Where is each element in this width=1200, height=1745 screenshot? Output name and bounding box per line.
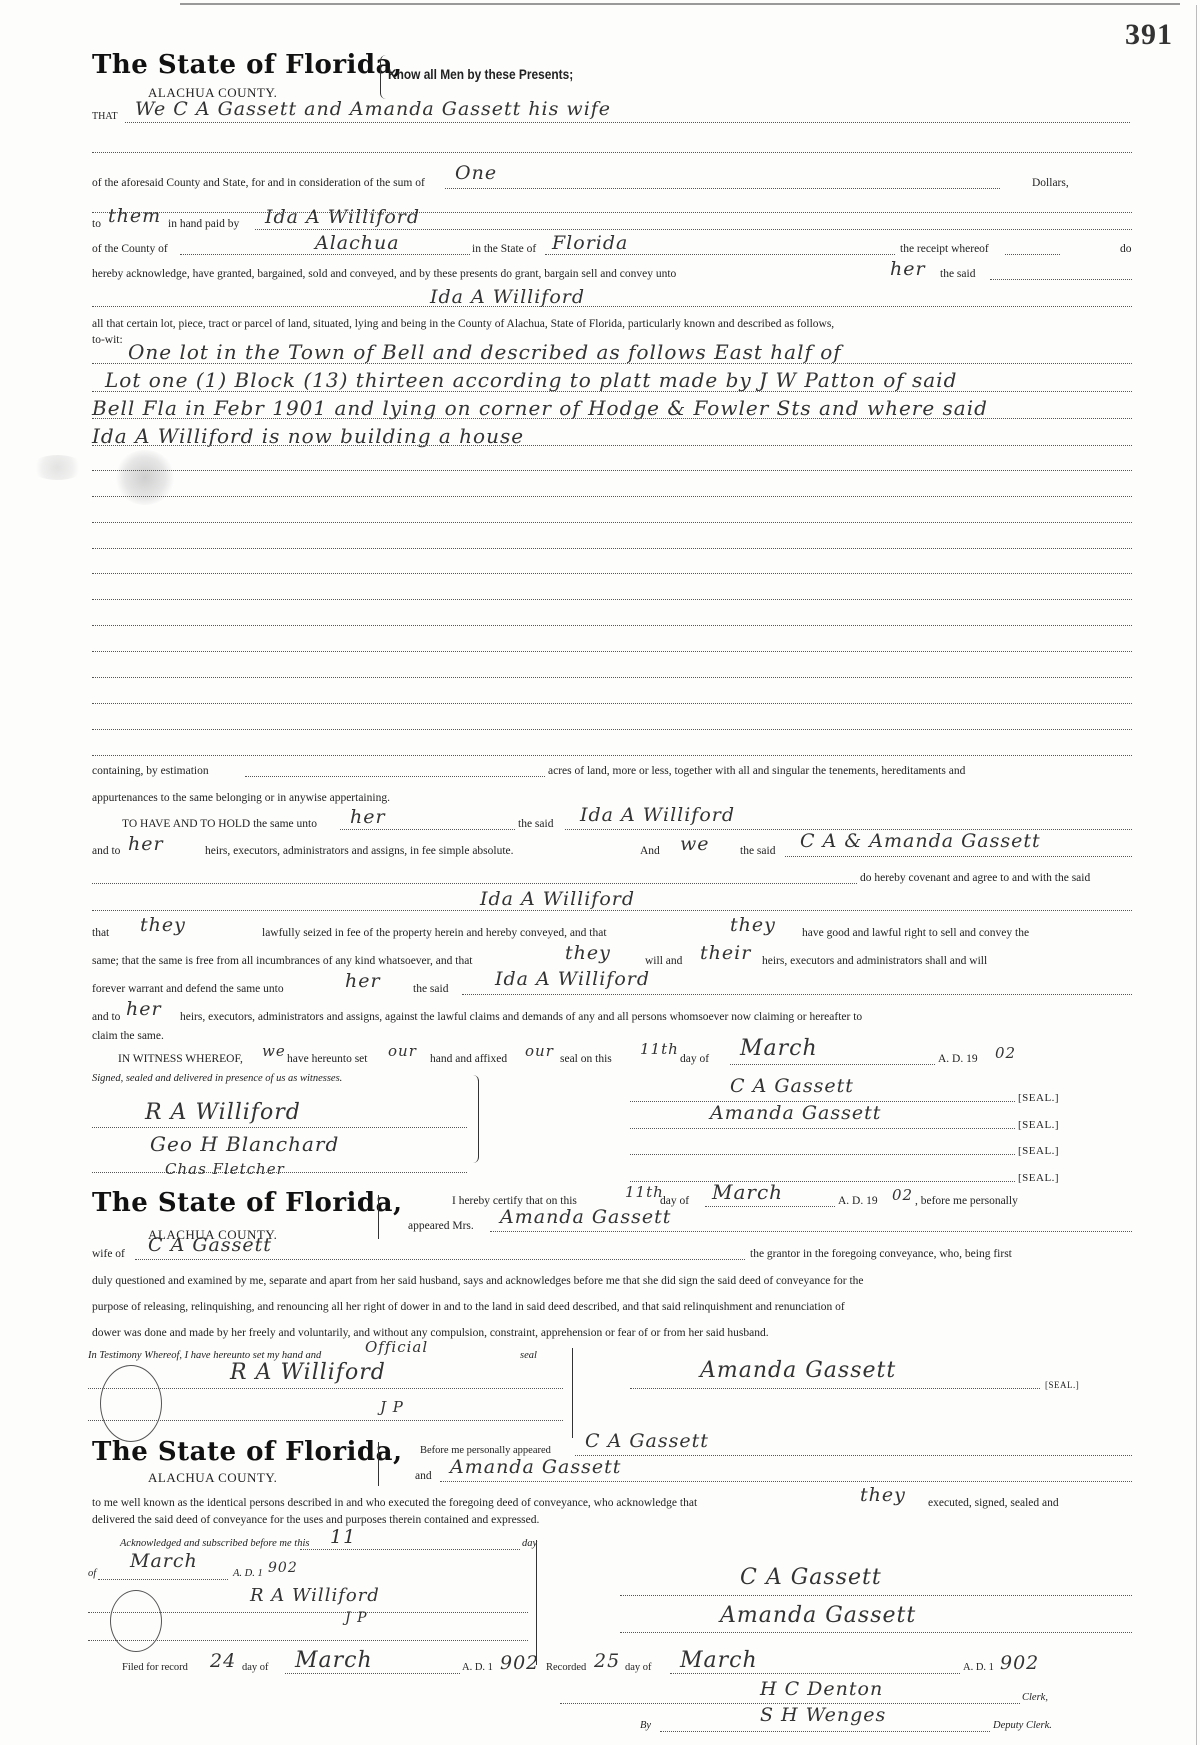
subscribed-day: 11	[330, 1526, 356, 1548]
covenant-her: her	[126, 998, 162, 1020]
receipt-label: the receipt whereof	[900, 243, 989, 255]
deputy-label: Deputy Clerk.	[993, 1720, 1052, 1731]
blank-line	[92, 910, 1132, 911]
ack-body: duly questioned and examined by me, sepa…	[92, 1275, 864, 1287]
deputy-signature: S H Wenges	[760, 1704, 886, 1726]
joint-body: delivered the said deed of conveyance fo…	[92, 1514, 539, 1526]
blank-line	[92, 599, 1132, 600]
and-to-label: and to	[92, 1011, 120, 1023]
before-text: , before me personally	[915, 1195, 1018, 1207]
blank-line	[92, 548, 1132, 549]
blank-line	[92, 573, 1132, 574]
subscribed-text: Acknowledged and subscribed before me th…	[120, 1538, 309, 1549]
joint-they: they	[860, 1484, 906, 1506]
blank-line	[92, 470, 1132, 471]
ack-body: purpose of releasing, relinquishing, and…	[92, 1301, 845, 1313]
covenant-text: do hereby covenant and agree to and with…	[860, 872, 1090, 884]
to-label: to	[92, 218, 101, 230]
covenant-their: their	[700, 942, 751, 964]
blank-line	[92, 306, 1132, 307]
blank-line	[92, 522, 1132, 523]
incumbrance-text: same; that the same is free from all inc…	[92, 955, 473, 967]
blank-line	[990, 279, 1132, 280]
grantee-handwriting: Ida A Williford	[430, 286, 585, 308]
seal-label: [SEAL.]	[1018, 1172, 1059, 1184]
heirs-text: heirs, executors and administrators shal…	[762, 955, 987, 967]
filed-label: Filed for record	[122, 1662, 188, 1673]
blank-line	[545, 254, 895, 255]
day-of-label: day of	[680, 1053, 709, 1065]
description-line: Lot one (1) Block (13) thirteen accordin…	[105, 368, 957, 392]
and-to-label: and to	[92, 845, 120, 857]
warrant-text: forever warrant and defend the same unto	[92, 983, 284, 995]
signed-note: Signed, sealed and delivered in presence…	[92, 1073, 342, 1084]
officer-line	[88, 1420, 563, 1421]
appeared-name: C A Gassett	[585, 1430, 709, 1452]
that-label: THAT	[92, 111, 118, 122]
brace	[530, 1540, 537, 1665]
know-all-men: Know all Men by these Presents;	[388, 66, 573, 82]
parcel-intro: all that certain lot, piece, tract or pa…	[92, 318, 834, 330]
and-label: And	[640, 845, 660, 857]
blank-line	[125, 122, 1130, 123]
description-line: Bell Fla in Febr 1901 and lying on corne…	[92, 396, 988, 420]
blank-line	[245, 776, 545, 777]
state-heading: The State of Florida,	[92, 50, 403, 80]
said-label: the said	[940, 268, 975, 280]
witness-our: our	[388, 1042, 417, 1060]
subscribed-year: 902	[268, 1560, 298, 1576]
grantor-text: the grantor in the foregoing conveyance,…	[750, 1248, 1012, 1260]
acres-suffix: acres of land, more or less, together wi…	[548, 765, 965, 777]
joint-body-end: executed, signed, sealed and	[928, 1497, 1059, 1509]
seal-label: [SEAL.]	[1045, 1380, 1079, 1390]
blank-line	[92, 651, 1132, 652]
of-label: of	[88, 1568, 96, 1579]
witness-signature: R A Williford	[145, 1100, 301, 1125]
in-hand-label: in hand paid by	[168, 218, 239, 230]
appeared-name: Amanda Gassett	[500, 1206, 671, 1228]
witness-prefix: IN WITNESS WHEREOF,	[118, 1053, 243, 1065]
habendum-unto: her	[350, 806, 386, 828]
consideration-text: of the aforesaid County and State, for a…	[92, 177, 425, 189]
right-text: have good and lawful right to sell and c…	[802, 927, 1029, 939]
blank-line	[300, 1549, 520, 1550]
habendum-heirs: heirs, executors, administrators and ass…	[205, 845, 514, 857]
recorded-month: March	[680, 1648, 758, 1673]
brace	[566, 1348, 573, 1438]
deed-page: 391 The State of Florida, ALACHUA COUNTY…	[0, 0, 1200, 1745]
blank-line	[490, 1231, 1132, 1232]
claim-same: claim the same.	[92, 1030, 164, 1042]
ad-label: A. D. 1	[963, 1662, 994, 1673]
blank-line	[462, 994, 1132, 995]
seal-label: [SEAL.]	[1018, 1092, 1059, 1104]
husband-name: C A Gassett	[148, 1234, 272, 1256]
signature-line	[620, 1595, 1132, 1596]
seal-label: [SEAL.]	[1018, 1119, 1059, 1131]
blank-line	[92, 755, 1132, 756]
day-of-label: day of	[625, 1662, 652, 1673]
brace	[380, 55, 387, 99]
blank-line	[730, 1064, 935, 1065]
state-heading: The State of Florida,	[92, 1188, 403, 1218]
ad-label: A. D. 19	[938, 1053, 978, 1065]
will-label: will and	[645, 955, 682, 967]
hereunto-label: have hereunto set	[287, 1053, 367, 1065]
brace	[372, 1442, 379, 1486]
wife-signature: Amanda Gassett	[700, 1358, 896, 1383]
blank-line	[340, 829, 515, 830]
officer-signature: R A Williford	[250, 1585, 380, 1606]
signature-line	[630, 1128, 1015, 1129]
witness-we: we	[262, 1042, 286, 1060]
grant-text: hereby acknowledge, have granted, bargai…	[92, 268, 676, 280]
deputy-line	[660, 1731, 990, 1732]
ack-body: dower was done and made by her freely an…	[92, 1327, 769, 1339]
blank-line	[92, 152, 1132, 153]
ack-month: March	[712, 1180, 783, 1204]
state-label: in the State of	[472, 243, 536, 255]
blank-line	[135, 1259, 745, 1260]
blank-line	[180, 254, 470, 255]
blank-line	[440, 1481, 1132, 1482]
right-border	[1196, 5, 1197, 1745]
filed-year: 902	[500, 1652, 539, 1674]
witness-signature: Geo H Blanchard	[150, 1132, 339, 1156]
habendum-name: Ida A Williford	[580, 804, 735, 826]
county-handwriting: Alachua	[315, 232, 400, 254]
state-heading: The State of Florida,	[92, 1437, 403, 1467]
covenant-they: they	[140, 914, 186, 936]
ack-day: 11th	[625, 1183, 664, 1201]
witness-year: 02	[995, 1044, 1016, 1062]
official-word: Official	[365, 1338, 428, 1356]
grantor-signature: Amanda Gassett	[710, 1102, 881, 1124]
county-heading: ALACHUA COUNTY.	[148, 1470, 277, 1486]
blank-line	[285, 1673, 460, 1674]
signature-line	[630, 1388, 1040, 1389]
grantors-handwriting: We C A Gassett and Amanda Gassett his wi…	[135, 98, 611, 120]
signature-line	[630, 1154, 1015, 1155]
habendum-grantors: C A & Amanda Gassett	[800, 830, 1041, 852]
that-label: that	[92, 927, 109, 939]
seal-word: seal	[520, 1350, 537, 1361]
appeared-label: appeared Mrs.	[408, 1220, 474, 1232]
wife-of-label: wife of	[92, 1248, 125, 1260]
signature-line	[620, 1632, 1132, 1633]
grantor-signature: Amanda Gassett	[720, 1603, 916, 1628]
covenant-name: Ida A Williford	[495, 968, 650, 990]
ad-label: A. D. 1	[462, 1662, 493, 1673]
appurtenances-text: appurtenances to the same belonging or i…	[92, 792, 390, 804]
blank-line	[98, 1579, 228, 1580]
blank-line	[1005, 254, 1060, 255]
said-label: the said	[518, 818, 553, 830]
page-number: 391	[1125, 18, 1173, 52]
notary-seal-flourish	[100, 1365, 162, 1442]
witness-line	[92, 1127, 467, 1128]
witness-our: our	[525, 1042, 554, 1060]
blank-line	[92, 391, 1132, 392]
blank-line	[445, 188, 1000, 189]
seal-on-label: seal on this	[560, 1053, 612, 1065]
recorded-label: Recorded	[546, 1662, 586, 1673]
habendum-we: we	[680, 833, 710, 855]
subscribed-month: March	[130, 1550, 198, 1572]
notary-seal-flourish	[110, 1590, 162, 1652]
ad-label: A. D. 19	[838, 1195, 878, 1207]
filed-day: 24	[210, 1650, 236, 1672]
blank-line	[575, 1455, 1132, 1456]
recorded-year: 902	[1000, 1652, 1039, 1674]
blank-line	[92, 677, 1132, 678]
claims-text: heirs, executors, administrators and ass…	[180, 1011, 862, 1023]
by-label: By	[640, 1720, 651, 1731]
clerk-label: Clerk,	[1022, 1692, 1048, 1703]
blank-line	[92, 212, 1132, 213]
blank-line	[92, 729, 1132, 730]
county-label: of the County of	[92, 243, 168, 255]
day-of-label: day of	[242, 1662, 269, 1673]
top-border	[180, 3, 1180, 5]
officer-title: J P	[380, 1398, 404, 1416]
witness-signature: Chas Fletcher	[165, 1160, 285, 1178]
blank-line	[670, 1673, 960, 1674]
grantor-signature: C A Gassett	[730, 1075, 854, 1097]
seal-label: [SEAL.]	[1018, 1145, 1059, 1157]
blank-line	[92, 883, 857, 884]
blank-line	[255, 229, 1132, 230]
towit-label: to-wit:	[92, 334, 123, 346]
signature-line	[630, 1181, 1015, 1182]
blank-line	[92, 703, 1132, 704]
said-label: the said	[413, 983, 448, 995]
filed-month: March	[295, 1648, 373, 1673]
officer-signature: R A Williford	[230, 1360, 386, 1385]
blank-line	[92, 418, 1132, 419]
blank-line	[705, 1206, 835, 1207]
recorded-day: 25	[594, 1650, 620, 1672]
covenant-they: they	[730, 914, 776, 936]
description-line: One lot in the Town of Bell and describe…	[128, 340, 842, 364]
brace	[472, 1075, 479, 1163]
clerk-signature: H C Denton	[760, 1678, 883, 1700]
acres-prefix: containing, by estimation	[92, 765, 209, 777]
blank-line	[92, 363, 1132, 364]
blank-line	[785, 856, 1132, 857]
to-value: them	[108, 205, 161, 227]
payer-handwriting: Ida A Williford	[265, 206, 420, 228]
and-label: and	[415, 1470, 432, 1482]
joint-body: to me well known as the identical person…	[92, 1497, 697, 1509]
before-label: Before me personally appeared	[420, 1445, 551, 1456]
brace	[372, 1195, 379, 1239]
habendum-prefix: TO HAVE AND TO HOLD the same unto	[122, 818, 317, 830]
grantor-signature: C A Gassett	[740, 1565, 882, 1590]
covenant-her: her	[345, 970, 381, 992]
blank-line	[92, 445, 1132, 446]
ad-label: A. D. 1	[233, 1568, 263, 1579]
covenant-they: they	[565, 942, 611, 964]
blank-line	[92, 496, 1132, 497]
said-label: the said	[740, 845, 775, 857]
covenant-name: Ida A Williford	[480, 888, 635, 910]
hand-label: hand and affixed	[430, 1053, 507, 1065]
ack-year: 02	[892, 1186, 913, 1204]
seized-text: lawfully seized in fee of the property h…	[262, 927, 607, 939]
state-handwriting: Florida	[552, 232, 628, 254]
do-label: do	[1120, 243, 1132, 255]
dollars-label: Dollars,	[1032, 177, 1069, 189]
ink-smudge	[30, 455, 85, 480]
appeared-name: Amanda Gassett	[450, 1456, 621, 1478]
consideration-amount: One	[455, 162, 497, 184]
witness-day: 11th	[640, 1040, 679, 1058]
officer-title: J P	[345, 1610, 367, 1626]
blank-line	[92, 625, 1132, 626]
witness-month: March	[740, 1036, 818, 1061]
habendum-her: her	[128, 833, 164, 855]
grant-unto: her	[890, 258, 926, 280]
